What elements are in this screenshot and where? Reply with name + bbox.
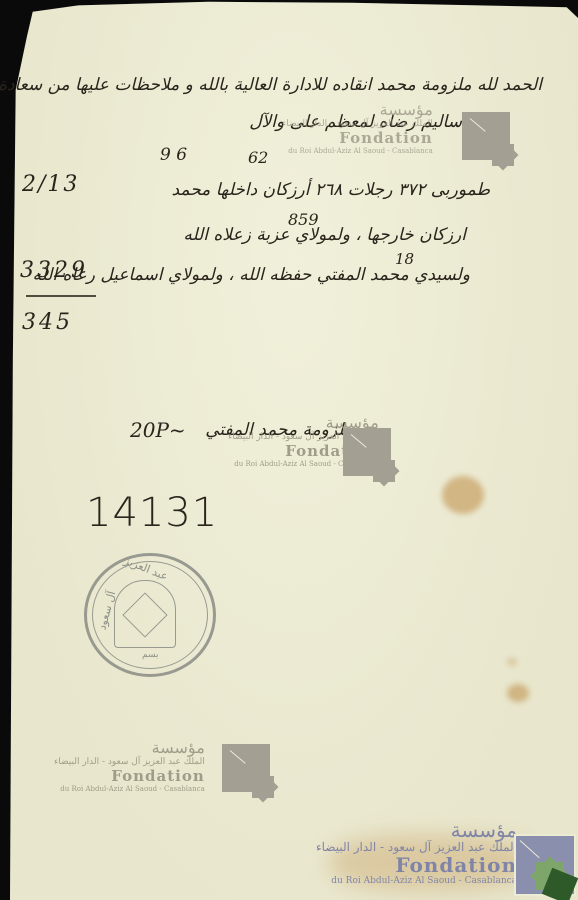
watermark-ar-title: مؤسسة xyxy=(54,740,205,756)
watermark-fr-sub: du Roi Abdul-Aziz Al Saoud - Casablanca xyxy=(54,784,205,794)
watermark-main: مؤسسة الملك عبد العزيز آل سعود - الدار ا… xyxy=(316,820,517,887)
star-icon xyxy=(122,592,167,637)
text-line-3: طموربى ٣٧٢ رجلات ٢٦٨ أرزكان داخلها محمد xyxy=(171,180,490,200)
text-line-5: ولسيدي محمد المفتي حفظه الله ، ولمولاي ا… xyxy=(32,265,470,285)
text-line-1: الحمد لله ملزومة محمد انقاده للادارة الع… xyxy=(0,75,542,95)
foundation-logo-icon xyxy=(462,112,510,160)
watermark-fr-title: Fondation xyxy=(316,854,517,876)
watermark-ar-sub: الملك عبد العزيز آل سعود - الدار البيضاء xyxy=(316,840,517,854)
number-annotation: 20P~ xyxy=(130,418,186,442)
star-icon xyxy=(536,862,564,890)
number-annotation: 18 xyxy=(395,250,414,268)
stain xyxy=(507,658,517,666)
watermark: مؤسسة الملك عبد العزيز آل سعود - الدار ا… xyxy=(54,740,205,794)
watermark-ar-title: مؤسسة xyxy=(316,820,517,840)
number-annotation: 3329 xyxy=(20,258,88,283)
number-annotation: 859 xyxy=(288,210,319,229)
number-annotation: 2/13 xyxy=(22,172,79,197)
sum-rule xyxy=(26,295,96,297)
foundation-logo-icon xyxy=(222,744,270,792)
stain xyxy=(507,684,529,702)
seal-inner-frame xyxy=(114,580,176,648)
watermark-fr-title: Fondation xyxy=(282,130,433,146)
text-line-4: ارزكان خارجها ، ولمولاي عزبة زعلاه الله xyxy=(183,225,466,245)
sum-total: 345 xyxy=(22,310,73,335)
watermark: مؤسسة الملك عبد العزيز آل سعود - الدار ا… xyxy=(282,102,433,156)
watermark-fr-sub: du Roi Abdul-Aziz Al Saoud - Casablanca xyxy=(282,146,433,156)
seal-text: عبد العزيز xyxy=(122,554,170,583)
watermark-fr-sub: du Roi Abdul-Aziz Al Saoud - Casablanca xyxy=(316,876,517,887)
seal-text: بسم xyxy=(142,650,159,660)
foundation-logo-icon xyxy=(343,428,391,476)
watermark-ar-title: مؤسسة xyxy=(282,102,433,118)
seal-stamp: عبد العزيز آل سعود بسم xyxy=(84,553,216,677)
archive-number: 14131 xyxy=(86,490,218,536)
watermark-fr-title: Fondation xyxy=(54,768,205,784)
number-annotation: 9 6 xyxy=(160,145,187,165)
number-annotation: 62 xyxy=(248,148,268,167)
stain xyxy=(442,476,484,514)
